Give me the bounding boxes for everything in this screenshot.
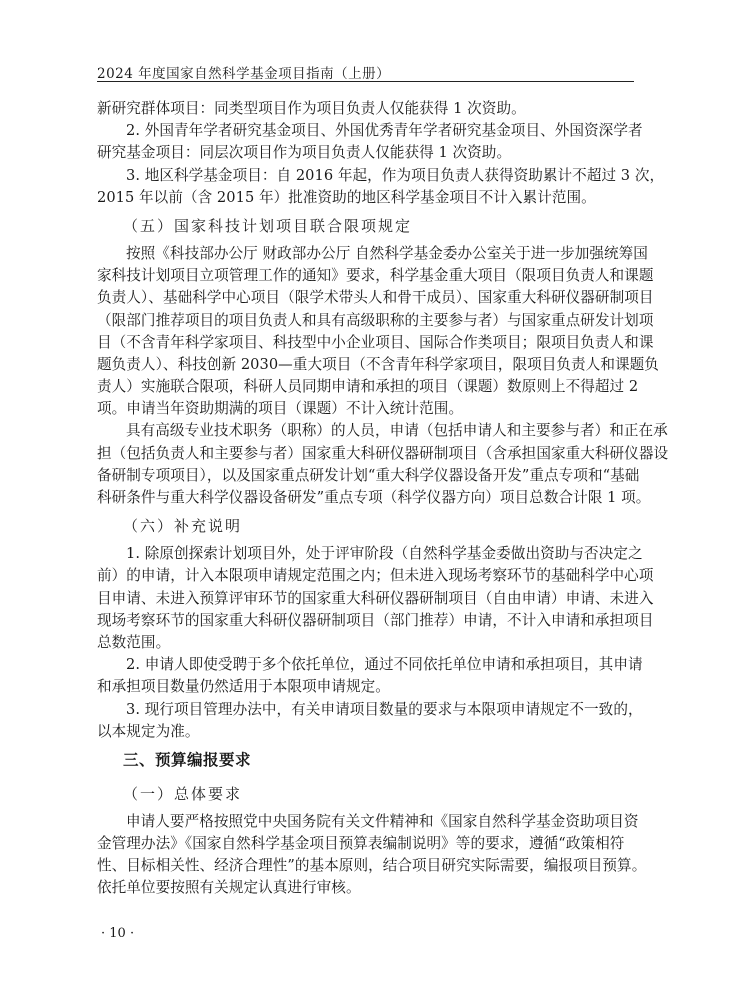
subsection-heading: （五）国家科技计划项目联合限项规定	[97, 209, 637, 243]
text-line: 担（包括负责人和主要参与者）国家重大科研仪器研制项目（含承担国家重大科研仪器设	[97, 443, 637, 465]
text-line: （限部门推荐项目的项目负责人和具有高级职称的主要参与者）与国家重点研发计划项	[97, 310, 637, 332]
text-line: 科研条件与重大科学仪器设备研发”重点专项（科学仪器方向）项目总数合计限 1 项。	[97, 487, 637, 509]
text-line: 总数范围。	[97, 632, 637, 654]
page-body: 新研究群体项目：同类型项目作为项目负责人仅能获得 1 次资助。2. 外国青年学者…	[97, 98, 637, 900]
text-line: 按照《科技部办公厅 财政部办公厅 自然科学基金委办公室关于进一步加强统筹国	[97, 243, 637, 265]
text-line: 和承担项目数量仍然适用于本限项申请规定。	[97, 676, 637, 698]
text-line: 家科技计划项目立项管理工作的通知》要求，科学基金重大项目（限项目负责人和课题	[97, 265, 637, 287]
text-line: 3. 现行项目管理办法中，有关申请项目数量的要求与本限项申请规定不一致的，	[97, 699, 637, 721]
header-rule	[97, 81, 634, 82]
text-line: 性、目标相关性、经济合理性”的基本原则，结合项目研究实际需要，编报项目预算。	[97, 855, 637, 877]
text-line: 以本规定为准。	[97, 721, 637, 743]
text-line: 责人）实施联合限项，科研人员同期申请和承担的项目（课题）数原则上不得超过 2	[97, 376, 637, 398]
text-line: 金管理办法》《国家自然科学基金项目预算表编制说明》等的要求，遵循“政策相符	[97, 833, 637, 855]
text-line: 负责人）、基础科学中心项目（限学术带头人和骨干成员）、国家重大科研仪器研制项目	[97, 287, 637, 309]
text-line: 目（不含青年科学家项目、科技型中小企业项目、国际合作类项目；限项目负责人和课	[97, 332, 637, 354]
text-line: 题负责人）、科技创新 2030—重大项目（不含青年科学家项目，限项目负责人和课题…	[97, 354, 637, 376]
text-line: 2. 申请人即使受聘于多个依托单位，通过不同依托单位申请和承担项目，其申请	[97, 654, 637, 676]
text-line: 申请人要严格按照党中央国务院有关文件精神和《国家自然科学基金资助项目资	[97, 811, 637, 833]
subsection-heading: （一）总体要求	[97, 777, 637, 811]
text-line: 1. 除原创探索计划项目外，处于评审阶段（自然科学基金委做出资助与否决定之	[97, 543, 637, 565]
text-line: 依托单位要按照有关规定认真进行审核。	[97, 877, 637, 899]
text-line: 2. 外国青年学者研究基金项目、外国优秀青年学者研究基金项目、外国资深学者	[97, 120, 637, 142]
text-line: 新研究群体项目：同类型项目作为项目负责人仅能获得 1 次资助。	[97, 98, 637, 120]
text-line: 研究基金项目：同层次项目作为项目负责人仅能获得 1 次资助。	[97, 142, 637, 164]
text-line: 现场考察环节的国家重大科研仪器研制项目（部门推荐）申请，不计入申请和承担项目	[97, 610, 637, 632]
text-line: 目申请、未进入预算评审环节的国家重大科研仪器研制项目（自由申请）申请、未进入	[97, 588, 637, 610]
text-line: 2015 年以前（含 2015 年）批准资助的地区科学基金项目不计入累计范围。	[97, 187, 637, 209]
subsection-heading: （六）补充说明	[97, 509, 637, 543]
text-line: 备研制专项项目），以及国家重点研发计划“重大科学仪器设备开发”重点专项和“基础	[97, 465, 637, 487]
text-line: 项。申请当年资助期满的项目（课题）不计入统计范围。	[97, 398, 637, 420]
section-heading: 三、预算编报要求	[97, 743, 637, 777]
page-number: · 10 ·	[101, 926, 134, 941]
text-line: 具有高级专业技术职务（职称）的人员，申请（包括申请人和主要参与者）和正在承	[97, 420, 637, 442]
text-line: 前）的申请，计入本限项申请规定范围之内；但未进入现场考察环节的基础科学中心项	[97, 565, 637, 587]
text-line: 3. 地区科学基金项目：自 2016 年起，作为项目负责人获得资助累计不超过 3…	[97, 165, 637, 187]
running-header: 2024 年度国家自然科学基金项目指南（上册）	[97, 62, 390, 82]
